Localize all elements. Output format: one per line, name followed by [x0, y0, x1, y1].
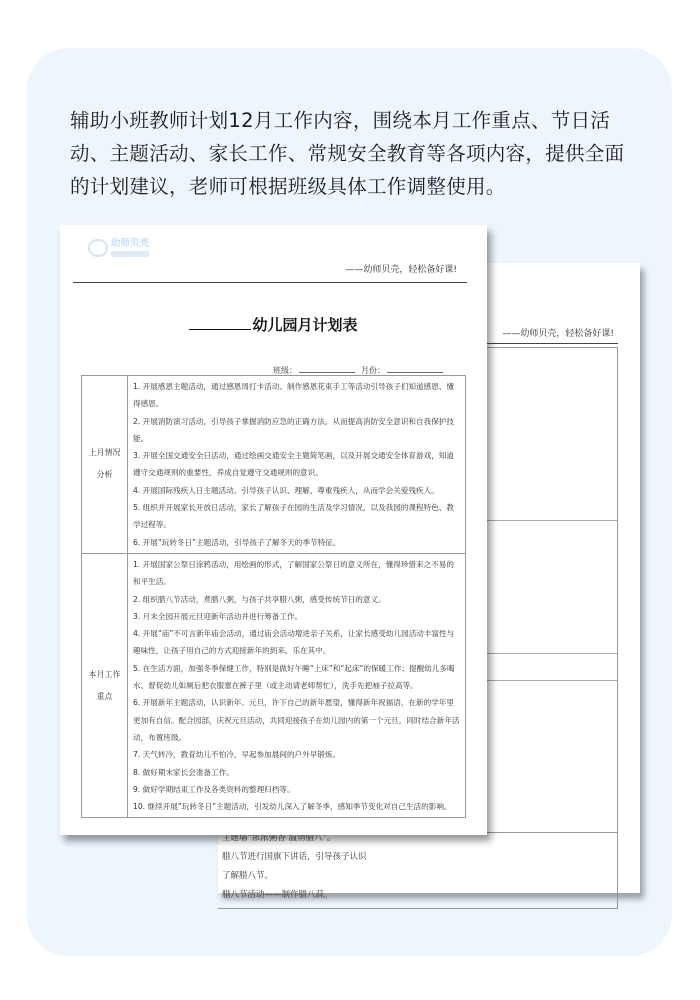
brand-logo: 幼师贝壳 — [88, 239, 149, 257]
row-label-line: 本月工作 — [82, 664, 127, 686]
table-line: 腊八节进行国旗下讲话，引导孩子认识 — [218, 850, 617, 862]
back-page-table-continued: 主题墙“浓浓粥香 温情腊八”。 腊八节进行国旗下讲话，引导孩子认识 了解腊八节。… — [218, 833, 618, 909]
logo-subtitle-bar — [111, 251, 149, 257]
list-item: 3. 月末全园开展元旦迎新年活动并进行筹备工作。 — [133, 608, 460, 625]
list-item: 7. 天气转冷，教育幼儿不怕冷，早起参加晨间的户外早锻炼。 — [133, 746, 460, 763]
list-item: 6. 开展新年主题活动，认识新年、元旦，许下自己的新年愿望，懂得新年祝福语，在新… — [133, 694, 460, 746]
list-item: 4. 开展“庙”不可言新年庙会活动，通过庙会活动增进亲子关系，让家长感受幼儿园活… — [133, 625, 460, 660]
document-title-text: 幼儿园月计划表 — [252, 316, 357, 334]
row-label: 上月情况 分析 — [82, 376, 128, 554]
row-items: 1. 开展国家公祭日涂鸦活动，用绘画的形式，了解国家公祭日的意义所在，懂得珍惜来… — [128, 553, 466, 817]
list-item: 1. 开展国家公祭日涂鸦活动，用绘画的形式，了解国家公祭日的意义所在，懂得珍惜来… — [133, 556, 460, 591]
list-item: 5. 组织并开展家长开放日活动，家长了解孩子在园的生活及学习情况，以及我园的课程… — [133, 499, 460, 534]
table-row-this-month-focus: 本月工作 重点 1. 开展国家公祭日涂鸦活动，用绘画的形式，了解国家公祭日的意义… — [82, 553, 466, 817]
list-item: 4. 开展国际残疾人日主题活动，引导孩子认识、理解、尊重残疾人，从而学会关爱残疾… — [133, 482, 460, 499]
document-title: 幼儿园月计划表 — [60, 314, 487, 335]
list-item: 8. 做好期末家长会准备工作。 — [133, 764, 460, 781]
logo-name: 幼师贝壳 — [111, 239, 149, 249]
shell-logo-icon — [88, 239, 108, 257]
row-items: 1. 开展感恩主题活动，通过感恩周打卡活动、制作感恩花束手工等活动引导孩子们知道… — [128, 376, 466, 554]
list-item: 1. 开展感恩主题活动，通过感恩周打卡活动、制作感恩花束手工等活动引导孩子们知道… — [133, 378, 460, 413]
plan-document-page-1: 幼师贝壳 ——幼师贝壳，轻松备好课! 幼儿园月计划表 班级： 月份： 上月情况 … — [60, 225, 487, 835]
front-page-slogan: ——幼师贝壳，轻松备好课! — [345, 262, 457, 275]
back-page-slogan: ——幼师贝壳，轻松备好课! — [502, 326, 614, 339]
table-row-last-month-analysis: 上月情况 分析 1. 开展感恩主题活动，通过感恩周打卡活动、制作感恩花束手工等活… — [82, 376, 466, 554]
month-field — [387, 372, 443, 373]
intro-description: 辅助小班教师计划12月工作内容，围绕本月工作重点、节日活动、主题活动、家长工作、… — [70, 104, 630, 203]
table-line: 了解腊八节。 — [218, 869, 617, 881]
row-label-line: 分析 — [82, 464, 127, 486]
list-item: 6. 开展“玩转冬日”主题活动，引导孩子了解冬天的季节特征。 — [133, 534, 460, 551]
list-item: 3. 开展全国交通安全日活动，通过绘画交通安全主题简笔画，以及开展交通安全体育游… — [133, 447, 460, 482]
list-item: 2. 开展消防演习活动，引导孩子掌握消防应急的正确方法，从而提高消防安全意识和自… — [133, 413, 460, 448]
row-label: 本月工作 重点 — [82, 553, 128, 817]
row-label-line: 重点 — [82, 686, 127, 708]
list-item: 9. 做好学期结束工作及各类资料的整理归档等。 — [133, 781, 460, 798]
list-item: 2. 组织腊八节活动，煮腊八粥，与孩子共享腊八粥，感受传统节日的意义。 — [133, 591, 460, 608]
header-divider — [73, 282, 467, 283]
list-item: 10. 继续开展“玩转冬日”主题活动，引发幼儿深入了解冬季，感知季节变化对自己生… — [133, 798, 460, 815]
table-line: 腊八节活动——制作腊八蒜。 — [218, 888, 617, 900]
monthly-plan-table: 上月情况 分析 1. 开展感恩主题活动，通过感恩周打卡活动、制作感恩花束手工等活… — [81, 375, 466, 818]
title-blank-line — [189, 316, 251, 330]
list-item: 5. 在生活方面，加强冬季保健工作，特别是做好午睡“上床”和“起床”的保暖工作；… — [133, 660, 460, 695]
row-label-line: 上月情况 — [82, 442, 127, 464]
class-field — [299, 372, 355, 373]
